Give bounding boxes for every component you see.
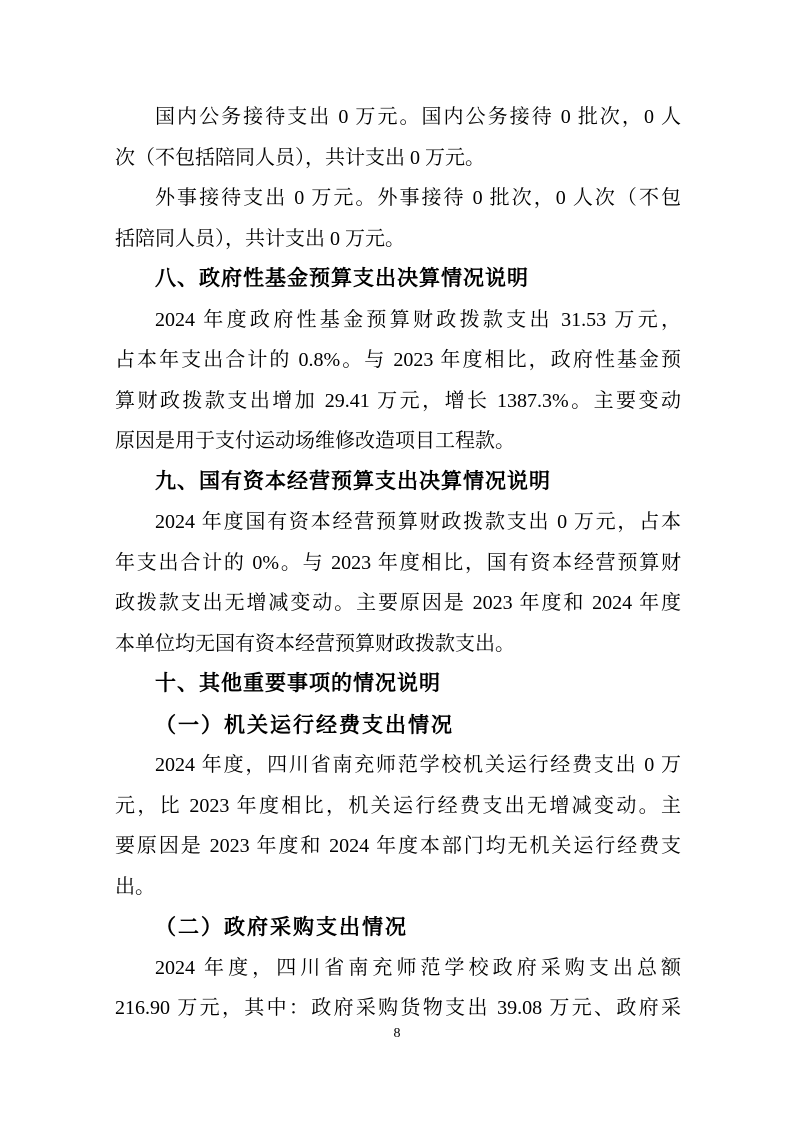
text-line: 本单位均无国有资本经营预算财政拨款支出。 — [115, 624, 681, 665]
text-line: 算财政拨款支出增加 29.41 万元，增长 1387.3%。主要变动 — [115, 381, 681, 422]
body-paragraph: 2024 年度政府性基金预算财政拨款支出 31.53 万元，占本年支出合计的 0… — [115, 300, 681, 462]
text-line: 八、政府性基金预算支出决算情况说明 — [115, 259, 681, 300]
section-heading: 八、政府性基金预算支出决算情况说明 — [115, 259, 681, 300]
body-paragraph: 2024 年度，四川省南充师范学校政府采购支出总额216.90 万元，其中：政府… — [115, 948, 681, 1029]
text-line: 十、其他重要事项的情况说明 — [115, 664, 681, 705]
text-line: 原因是用于支付运动场维修改造项目工程款。 — [115, 421, 681, 462]
text-line: 占本年支出合计的 0.8%。与 2023 年度相比，政府性基金预 — [115, 340, 681, 381]
section-heading: 十、其他重要事项的情况说明 — [115, 664, 681, 705]
text-line: 元，比 2023 年度相比，机关运行经费支出无增减变动。主 — [115, 786, 681, 827]
document-page: 国内公务接待支出 0 万元。国内公务接待 0 批次，0 人次（不包括陪同人员），… — [0, 0, 794, 1123]
body-paragraph: 2024 年度国有资本经营预算财政拨款支出 0 万元，占本年支出合计的 0%。与… — [115, 502, 681, 664]
body-paragraph: 外事接待支出 0 万元。外事接待 0 批次，0 人次（不包括陪同人员），共计支出… — [115, 178, 681, 259]
text-line: 2024 年度，四川省南充师范学校机关运行经费支出 0 万 — [115, 745, 681, 786]
sub-heading: （一）机关运行经费支出情况 — [115, 705, 681, 746]
body-paragraph: 2024 年度，四川省南充师范学校机关运行经费支出 0 万元，比 2023 年度… — [115, 745, 681, 907]
sub-heading: （二）政府采购支出情况 — [115, 907, 681, 948]
text-line: 216.90 万元，其中：政府采购货物支出 39.08 万元、政府采 — [115, 988, 681, 1029]
text-line: 九、国有资本经营预算支出决算情况说明 — [115, 462, 681, 503]
text-line: 括陪同人员），共计支出 0 万元。 — [115, 219, 681, 260]
text-line: 出。 — [115, 867, 681, 908]
text-line: 政拨款支出无增减变动。主要原因是 2023 年度和 2024 年度 — [115, 583, 681, 624]
body-paragraph: 国内公务接待支出 0 万元。国内公务接待 0 批次，0 人次（不包括陪同人员），… — [115, 97, 681, 178]
text-line: 2024 年度政府性基金预算财政拨款支出 31.53 万元， — [115, 300, 681, 341]
text-line: 次（不包括陪同人员），共计支出 0 万元。 — [115, 138, 681, 179]
document-content: 国内公务接待支出 0 万元。国内公务接待 0 批次，0 人次（不包括陪同人员），… — [115, 97, 681, 1029]
section-heading: 九、国有资本经营预算支出决算情况说明 — [115, 462, 681, 503]
text-line: 年支出合计的 0%。与 2023 年度相比，国有资本经营预算财 — [115, 543, 681, 584]
text-line: 2024 年度国有资本经营预算财政拨款支出 0 万元，占本 — [115, 502, 681, 543]
text-line: 外事接待支出 0 万元。外事接待 0 批次，0 人次（不包 — [115, 178, 681, 219]
text-line: 国内公务接待支出 0 万元。国内公务接待 0 批次，0 人 — [115, 97, 681, 138]
text-line: （二）政府采购支出情况 — [115, 907, 681, 948]
text-line: （一）机关运行经费支出情况 — [115, 705, 681, 746]
page-number: 8 — [0, 1024, 794, 1044]
text-line: 要原因是 2023 年度和 2024 年度本部门均无机关运行经费支 — [115, 826, 681, 867]
text-line: 2024 年度，四川省南充师范学校政府采购支出总额 — [115, 948, 681, 989]
